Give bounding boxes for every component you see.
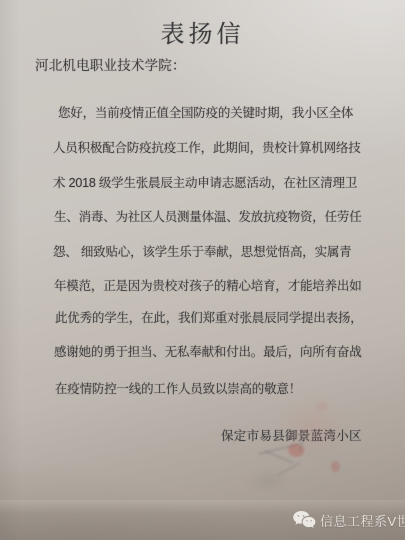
body-line: 感谢她的勇于担当、无私奉献和付出。最后，向所有奋战 [54,342,362,360]
faint-pen-mark [265,450,294,463]
body-line: 您好，当前疫情正值全国防疫的关键时期，我小区全体 [58,103,353,121]
body-line: 生、消毒、为社区人员测量体温、发放抗疫物资，任劳任 [54,207,362,225]
body-line: 人员积极配合防疫抗疫工作，此期间，贵校计算机网络技 [53,138,361,156]
faint-pen-mark [277,462,301,477]
faint-pen-mark [238,466,298,496]
letter-salutation: 河北机电职业技术学院： [35,54,186,74]
body-line: 术 2018 级学生张晨辰主动申请志愿活动，在社区清理卫 [53,173,357,191]
faint-red-stamp [331,461,340,472]
body-line: 在疫情防控一线的工作人员致以崇高的敬意！ [55,379,301,397]
letter-signature: 保定市易县御景蓝湾小区 [221,426,362,444]
wechat-icon [292,510,316,530]
body-line: 此优秀的学生，在此，我们郑重对张晨辰同学提出表扬， [55,308,363,326]
faint-red-stamp [286,442,305,459]
watermark-text: 信息工程系V世界 [320,511,405,530]
faint-red-stamp [317,402,327,410]
body-line: 年模范，正是因为贵校对孩子的精心培育，才能培养出如 [54,276,362,294]
letter-title: 表扬信 [0,14,405,49]
faint-pen-mark [258,443,299,455]
body-line: 怨、 细致贴心，该学生乐于奉献，思想觉悟高，实属青 [53,242,351,260]
photographed-commendation-letter: 表扬信 河北机电职业技术学院： 您好，当前疫情正值全国防疫的关键时期，我小区全体… [0,0,405,540]
watermark: 信息工程系V世界 [292,510,405,530]
